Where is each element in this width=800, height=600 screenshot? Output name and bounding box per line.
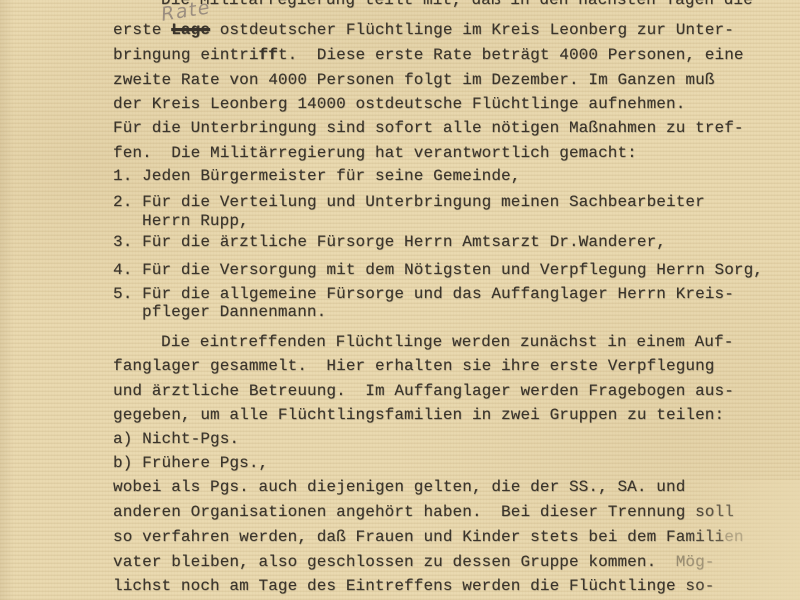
text-line: 3. Für die ärztliche Fürsorge Herrn Amts… — [113, 232, 666, 252]
text-line: Die eintreffenden Flüchtlinge werden zun… — [161, 332, 733, 352]
document-page: Die Militärregierung teilt mit, daß in d… — [0, 0, 800, 600]
text-line: b) Frühere Pgs., — [113, 453, 268, 473]
text-line: 2. Für die Verteilung und Unterbringung … — [113, 192, 705, 212]
text-line: 5. Für die allgemeine Fürsorge und das A… — [113, 284, 734, 304]
text-line: Herrn Rupp, — [142, 211, 249, 231]
text-line: gegeben, um alle Flüchtlingsfamilien in … — [113, 405, 724, 425]
text-line: und ärztliche Betreuung. Im Auffanglager… — [113, 381, 734, 401]
text-segment: so verfahren werden, daß Frauen und Kind… — [113, 528, 724, 546]
text-line: Die Militärregierung teilt mit, daß in d… — [161, 0, 753, 10]
text-line: fen. Die Militärregierung hat verantwort… — [113, 143, 637, 163]
text-line: erste Lage ostdeutscher Flüchtlinge im K… — [113, 20, 734, 40]
faded-text: Mög- — [676, 553, 715, 571]
text-line: der Kreis Leonberg 14000 ostdeutsche Flü… — [113, 94, 685, 114]
faded-text: en — [724, 528, 743, 546]
text-line: 4. Für die Versorgung mit dem Nötigsten … — [113, 260, 763, 280]
text-line: 1. Jeden Bürgermeister für seine Gemeind… — [113, 166, 520, 186]
text-line: Für die Unterbringung sind sofort alle n… — [113, 118, 744, 138]
text-line: so verfahren werden, daß Frauen und Kind… — [113, 527, 744, 547]
text-line: lichst noch am Tage des Eintreffens werd… — [113, 576, 715, 596]
text-line: fanglager gesammelt. Hier erhalten sie i… — [113, 356, 715, 376]
text-line: a) Nicht-Pgs. — [113, 429, 239, 449]
text-line: vater bleiben, also geschlossen zu desse… — [113, 552, 715, 572]
struck-word: Lage — [171, 21, 210, 39]
text-line: pfleger Dannenmann. — [142, 302, 326, 322]
text-segment: ostdeutscher Flüchtlinge im Kreis Leonbe… — [210, 21, 734, 39]
overstruck-text: ff — [259, 46, 278, 64]
text-line: bringung eintrifft. Diese erste Rate bet… — [113, 45, 744, 65]
text-line: anderen Organisationen angehört haben. B… — [113, 502, 734, 522]
text-line: wobei als Pgs. auch diejenigen gelten, d… — [113, 477, 685, 497]
text-segment: t. Diese erste Rate beträgt 4000 Persone… — [278, 46, 744, 64]
text-segment: vater bleiben, also geschlossen zu desse… — [113, 553, 676, 571]
text-segment: bringung eintri — [113, 46, 259, 64]
text-line: zweite Rate von 4000 Personen folgt im D… — [113, 70, 715, 90]
